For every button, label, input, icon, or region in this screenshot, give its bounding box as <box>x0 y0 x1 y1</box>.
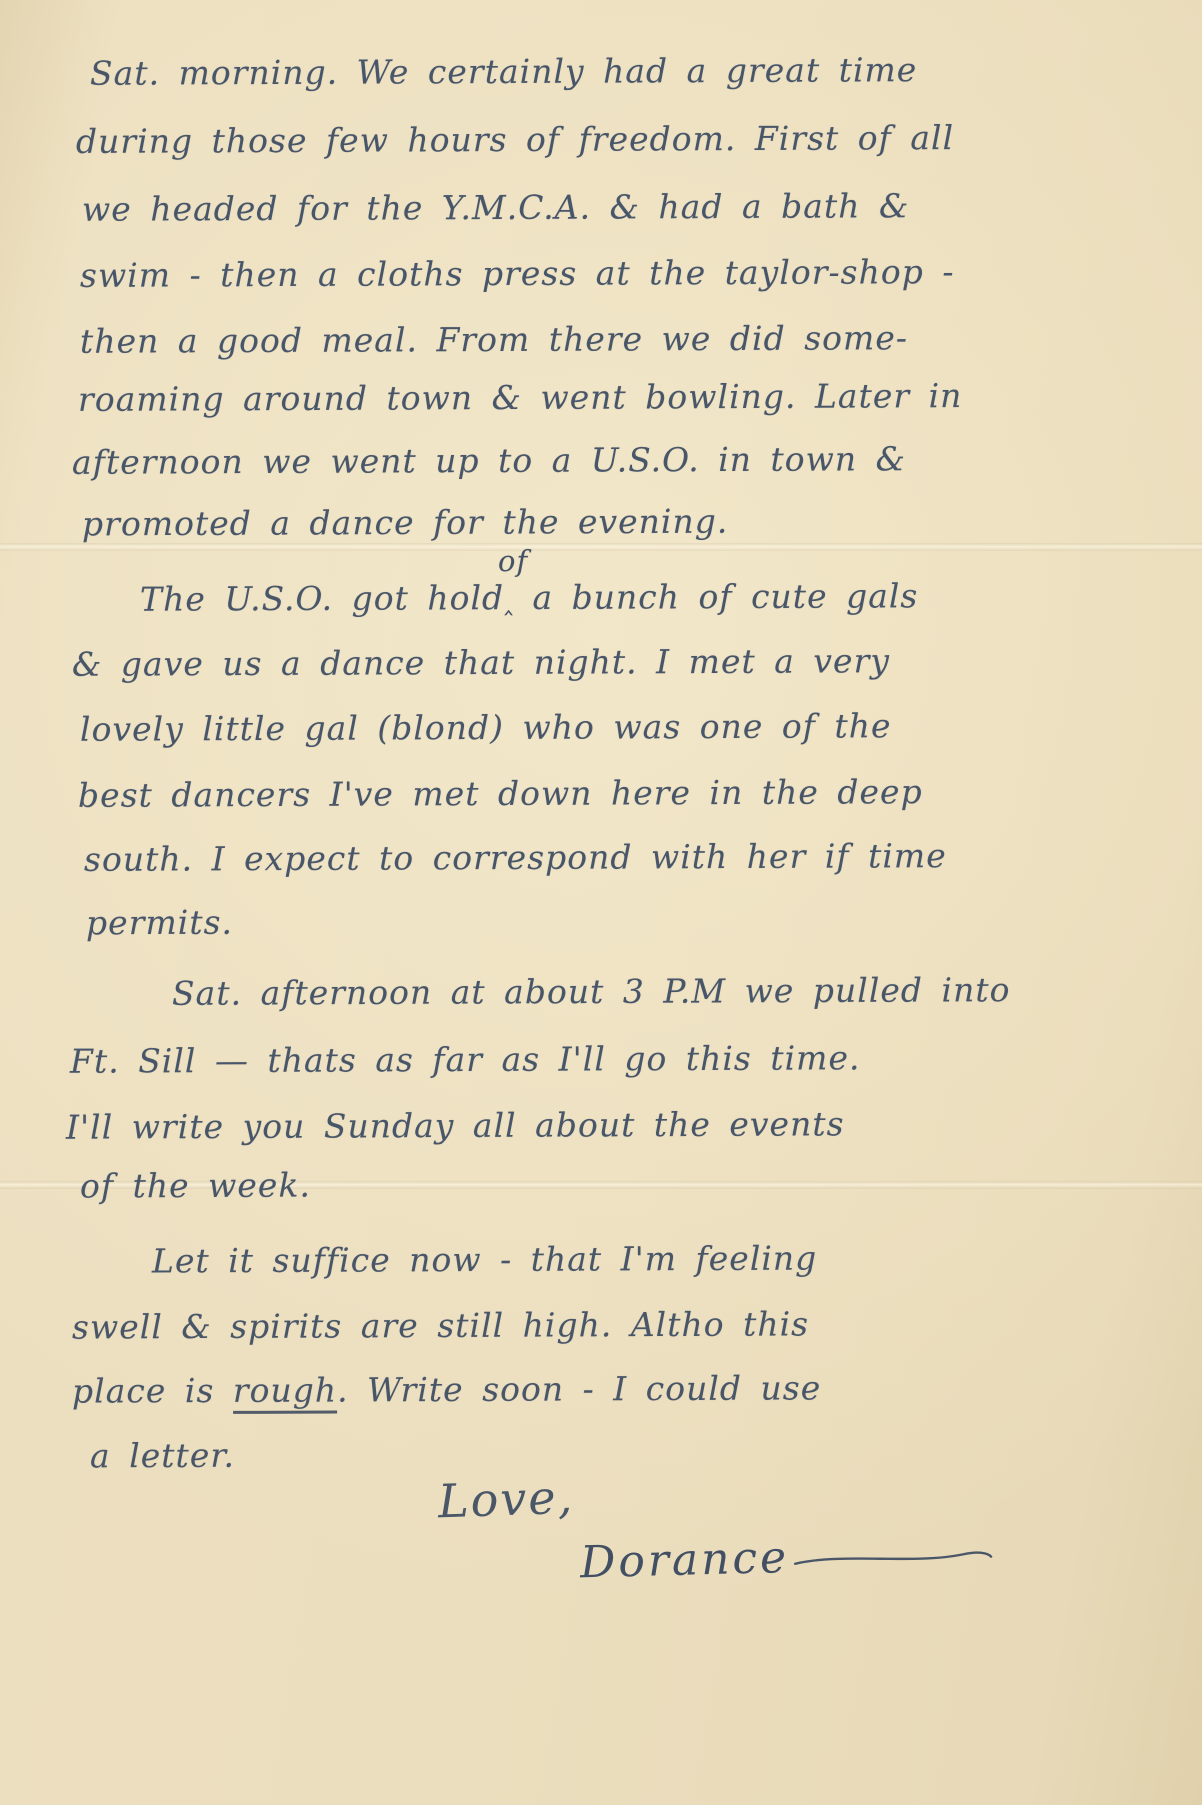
line-text-post: a bunch of cute gals <box>514 576 919 617</box>
valediction: Love, <box>437 1470 575 1529</box>
letter-line: afternoon we went up to a U.S.O. in town… <box>72 439 906 482</box>
underlined-word: rough <box>233 1370 337 1413</box>
letter-page: Sat. morning. We certainly had a great t… <box>0 0 1202 1805</box>
letter-line: of the week. <box>80 1165 311 1205</box>
letter-line: I'll write you Sunday all about the even… <box>66 1104 845 1146</box>
letter-line: roaming around town & went bowling. Late… <box>78 376 963 419</box>
inserted-word: of <box>498 544 528 578</box>
letter-line: we headed for the Y.M.C.A. & had a bath … <box>82 186 909 229</box>
insertion-point: ‸of <box>504 578 514 617</box>
letter-line: south. I expect to correspond with her i… <box>84 836 947 879</box>
caret-mark: ‸ <box>504 586 514 616</box>
letter-line: permits. <box>86 903 233 943</box>
signature-flourish <box>793 1544 994 1571</box>
letter-line: Sat. afternoon at about 3 P.M we pulled … <box>172 970 1011 1013</box>
signature-name: Dorance <box>579 1532 789 1588</box>
signature: Dorance <box>579 1527 993 1589</box>
letter-line-with-underline: place is rough. Write soon - I could use <box>72 1368 821 1410</box>
letter-line: a letter. <box>90 1436 235 1476</box>
letter-line: swell & spirits are still high. Altho th… <box>72 1304 809 1346</box>
fold-crease-upper <box>0 543 1202 551</box>
letter-line: Ft. Sill — thats as far as I'll go this … <box>70 1038 861 1080</box>
line-text-pre: place is <box>72 1371 233 1411</box>
letter-line: best dancers I've met down here in the d… <box>78 772 923 815</box>
line-text-post: . Write soon - I could use <box>337 1368 821 1409</box>
letter-line: & gave us a dance that night. I met a ve… <box>72 641 890 684</box>
letter-line: lovely little gal (blond) who was one of… <box>80 706 892 749</box>
letter-line-with-insertion: The U.S.O. got hold‸of a bunch of cute g… <box>140 576 918 618</box>
letter-line: during those few hours of freedom. First… <box>76 118 954 161</box>
line-text-pre: The U.S.O. got hold <box>140 578 504 619</box>
letter-line: swim - then a cloths press at the taylor… <box>80 252 955 295</box>
letter-line: then a good meal. From there we did some… <box>80 318 908 361</box>
letter-line: Sat. morning. We certainly had a great t… <box>90 50 917 93</box>
letter-line: Let it suffice now - that I'm feeling <box>152 1239 817 1281</box>
letter-line: promoted a dance for the evening. <box>82 502 728 544</box>
